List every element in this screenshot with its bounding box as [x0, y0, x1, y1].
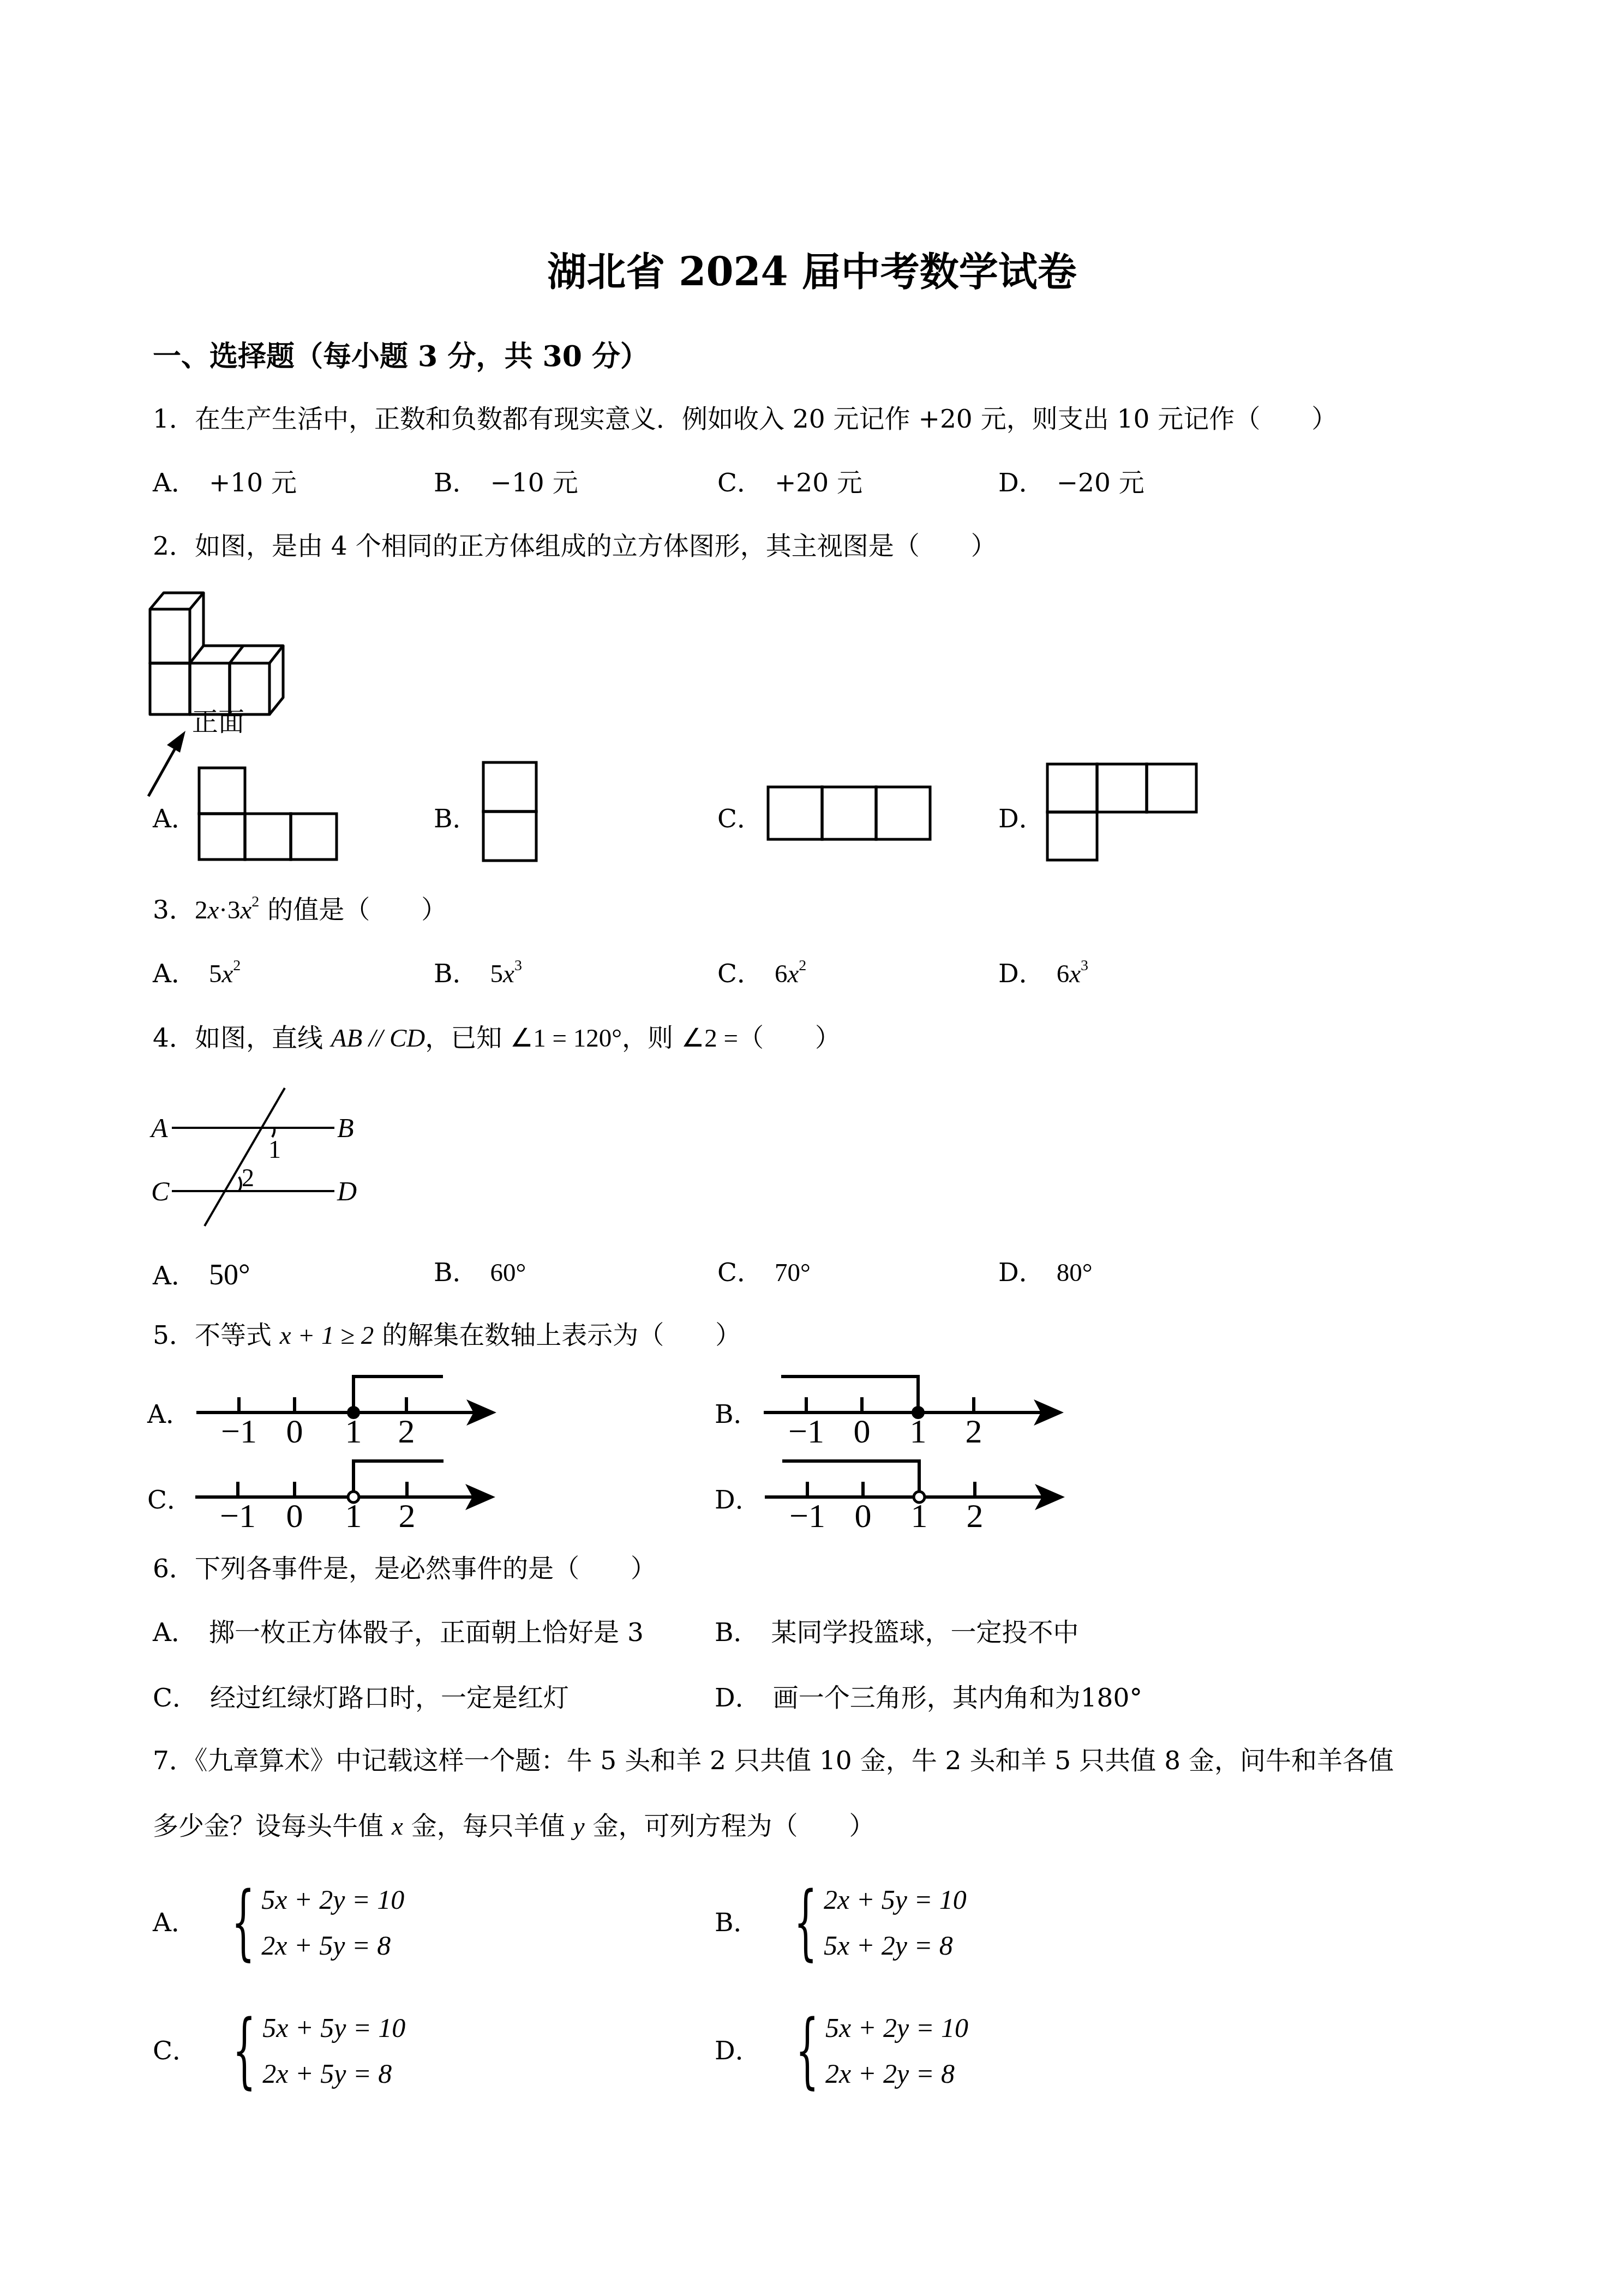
option-text: −20 元 [1057, 468, 1144, 498]
option-label: D． [998, 470, 1045, 496]
q1-option-a[interactable]: A．+10 元 [153, 470, 297, 496]
q6-option-a[interactable]: A．掷一枚正方体骰子，正面朝上恰好是 3 [153, 1620, 644, 1645]
q1-option-d[interactable]: D．−20 元 [998, 470, 1144, 496]
option-label: D． [715, 2038, 761, 2064]
question-7-stem-line-2: 多少金？设每头牛值 x 金，每只羊值 y 金，可列方程为（ ） [153, 1813, 875, 1840]
option-label: A． [153, 1620, 197, 1645]
option-label: B． [434, 470, 478, 496]
question-7-stem-line-1: 7．《九章算术》中记载这样一个题：牛 5 头和羊 2 只共值 10 金，牛 2 … [153, 1748, 1394, 1774]
option-text: +10 元 [209, 468, 297, 498]
option-label: B． [715, 1910, 759, 1936]
svg-text:2: 2 [399, 1498, 416, 1535]
q6-option-b[interactable]: B．某同学投篮球，一定投不中 [715, 1620, 1079, 1645]
option-label: A． [153, 1910, 197, 1936]
option-label: B． [715, 1620, 759, 1645]
q2-option-c-label[interactable]: C． [717, 806, 763, 832]
option-text: 50° [209, 1258, 250, 1291]
option-label: B． [434, 1260, 478, 1285]
q1-option-b[interactable]: B．−10 元 [434, 470, 578, 496]
question-5-stem: 5．不等式 x + 1 ≥ 2 的解集在数轴上表示为（ ） [153, 1323, 741, 1349]
option-label: D． [998, 961, 1045, 987]
option-text: 经过红绿灯路口时，一定是红灯 [210, 1683, 569, 1713]
q5-option-d-label[interactable]: D． [715, 1487, 761, 1513]
brace-icon: { [231, 1882, 255, 1963]
q5-option-b-number-line[interactable]: −1 0 1 2 [764, 1363, 1069, 1445]
page-title: 湖北省 2024 届中考数学试卷 [0, 252, 1624, 291]
equation-system: {2x + 5y = 105x + 2y = 8 [780, 1882, 967, 1963]
q4-option-c[interactable]: C．70° [717, 1260, 811, 1286]
section-heading: 一、选择题（每小题 3 分，共 30 分） [153, 342, 649, 371]
q7-option-a[interactable]: A． {5x + 2y = 102x + 5y = 8 [153, 1882, 404, 1963]
option-expression: 5x3 [490, 960, 522, 988]
svg-text:2: 2 [242, 1164, 254, 1192]
svg-text:−1: −1 [788, 1413, 824, 1450]
brace-icon: { [232, 2010, 256, 2091]
option-text: 60° [490, 1259, 526, 1287]
q2-option-a-figure[interactable] [197, 766, 339, 864]
inequality-expression: x + 1 ≥ 2 [280, 1321, 374, 1350]
front-view-arrow-icon [146, 731, 190, 799]
q5-option-c-number-line[interactable]: −1 0 1 2 [195, 1448, 501, 1530]
q3-option-b[interactable]: B．5x3 [434, 961, 522, 987]
svg-text:0: 0 [286, 1498, 303, 1535]
svg-text:0: 0 [855, 1498, 872, 1535]
svg-text:1: 1 [268, 1135, 281, 1163]
option-text: +20 元 [775, 468, 862, 498]
svg-text:2: 2 [966, 1413, 982, 1450]
q4-option-a[interactable]: A．50° [153, 1260, 250, 1289]
option-label: D． [715, 1685, 761, 1711]
q2-option-c-figure[interactable] [766, 785, 933, 843]
q4-option-b[interactable]: B．60° [434, 1260, 526, 1286]
q7-option-d[interactable]: D． {5x + 2y = 102x + 2y = 8 [715, 2010, 968, 2091]
q5-option-a-label[interactable]: A． [147, 1402, 191, 1427]
q5-option-c-label[interactable]: C． [147, 1487, 193, 1513]
parallel-lines-expression: AB // CD [331, 1024, 425, 1053]
option-text: −10 元 [490, 468, 578, 498]
option-expression: 6x3 [1057, 960, 1088, 988]
option-label: C． [717, 470, 763, 496]
svg-text:2: 2 [398, 1413, 415, 1450]
front-view-caption: 正面 [192, 709, 244, 735]
option-label: C． [717, 1260, 763, 1285]
q6-option-d[interactable]: D．画一个三角形，其内角和为180° [715, 1685, 1142, 1711]
question-4-stem: 4．如图，直线 AB // CD，已知 ∠1 = 120°，则 ∠2 =（ ） [153, 1025, 841, 1051]
option-expression: 6x2 [775, 960, 806, 988]
option-label: D． [998, 1260, 1045, 1285]
equation-system: {5x + 2y = 102x + 2y = 8 [781, 2010, 968, 2091]
q2-option-b-figure[interactable] [482, 761, 539, 864]
q4-option-d[interactable]: D．80° [998, 1260, 1092, 1286]
parallel-lines-figure: A B C D 1 2 [139, 1077, 368, 1224]
svg-text:0: 0 [286, 1413, 303, 1450]
svg-text:D: D [337, 1176, 357, 1206]
q5-option-b-label[interactable]: B． [715, 1402, 759, 1427]
q3-option-c[interactable]: C．6x2 [717, 961, 806, 987]
q3-option-d[interactable]: D．6x3 [998, 961, 1088, 987]
option-label: A． [153, 961, 197, 987]
option-label: C． [717, 961, 763, 987]
svg-text:1: 1 [345, 1498, 362, 1535]
q5-option-a-number-line[interactable]: −1 0 1 2 [196, 1363, 502, 1445]
svg-text:1: 1 [345, 1413, 362, 1450]
equation-system: {5x + 5y = 102x + 5y = 8 [218, 2010, 405, 2091]
option-text: 某同学投篮球，一定投不中 [771, 1618, 1079, 1648]
svg-text:−1: −1 [789, 1498, 825, 1535]
svg-text:−1: −1 [221, 1413, 257, 1450]
option-text: 80° [1057, 1259, 1093, 1287]
question-number: 3． [153, 895, 195, 925]
q5-option-d-number-line[interactable]: −1 0 1 2 [765, 1448, 1070, 1530]
option-label: C． [153, 2038, 198, 2064]
option-label: B． [434, 961, 478, 987]
option-text: 画一个三角形，其内角和为180° [773, 1683, 1142, 1713]
svg-text:C: C [151, 1176, 170, 1206]
option-label: A． [153, 470, 197, 496]
expression: 2x·3x2 [195, 896, 259, 924]
q3-option-a[interactable]: A．5x2 [153, 961, 241, 987]
q1-option-c[interactable]: C．+20 元 [717, 470, 862, 496]
option-label: A． [153, 1263, 197, 1289]
option-expression: 5x2 [209, 960, 241, 988]
question-6-stem: 6．下列各事件是，是必然事件的是（ ） [153, 1556, 656, 1582]
svg-text:0: 0 [854, 1413, 871, 1450]
svg-text:2: 2 [967, 1498, 984, 1535]
question-3-stem: 3．2x·3x2 的值是（ ） [153, 897, 447, 923]
q7-option-c[interactable]: C． {5x + 5y = 102x + 5y = 8 [153, 2010, 405, 2091]
angle1-expression: ∠1 = 120° [510, 1024, 622, 1053]
svg-text:A: A [149, 1113, 168, 1143]
equation-system: {5x + 2y = 102x + 5y = 8 [217, 1882, 404, 1963]
question-2-stem: 2．如图，是由 4 个相同的正方体组成的立方体图形，其主视图是（ ） [153, 533, 997, 559]
q2-option-d-figure[interactable] [1046, 762, 1201, 866]
brace-icon: { [794, 1882, 817, 1963]
q2-option-b-label[interactable]: B． [434, 806, 478, 832]
option-text: 掷一枚正方体骰子，正面朝上恰好是 3 [209, 1618, 644, 1648]
question-1-stem: 1．在生产生活中，正数和负数都有现实意义．例如收入 20 元记作 +20 元，则… [153, 406, 1337, 432]
angle2-expression: ∠2 = [681, 1024, 738, 1053]
option-label: C． [153, 1685, 198, 1711]
svg-text:1: 1 [910, 1413, 927, 1450]
option-text: 70° [775, 1259, 811, 1287]
q2-option-a-label[interactable]: A． [153, 806, 197, 832]
svg-text:B: B [337, 1113, 354, 1143]
q2-option-d-label[interactable]: D． [998, 806, 1045, 832]
brace-icon: { [795, 2010, 819, 2091]
q7-option-b[interactable]: B． {2x + 5y = 105x + 2y = 8 [715, 1882, 967, 1963]
q6-option-c[interactable]: C．经过红绿灯路口时，一定是红灯 [153, 1685, 569, 1711]
svg-text:−1: −1 [220, 1498, 256, 1535]
svg-text:1: 1 [911, 1498, 928, 1535]
